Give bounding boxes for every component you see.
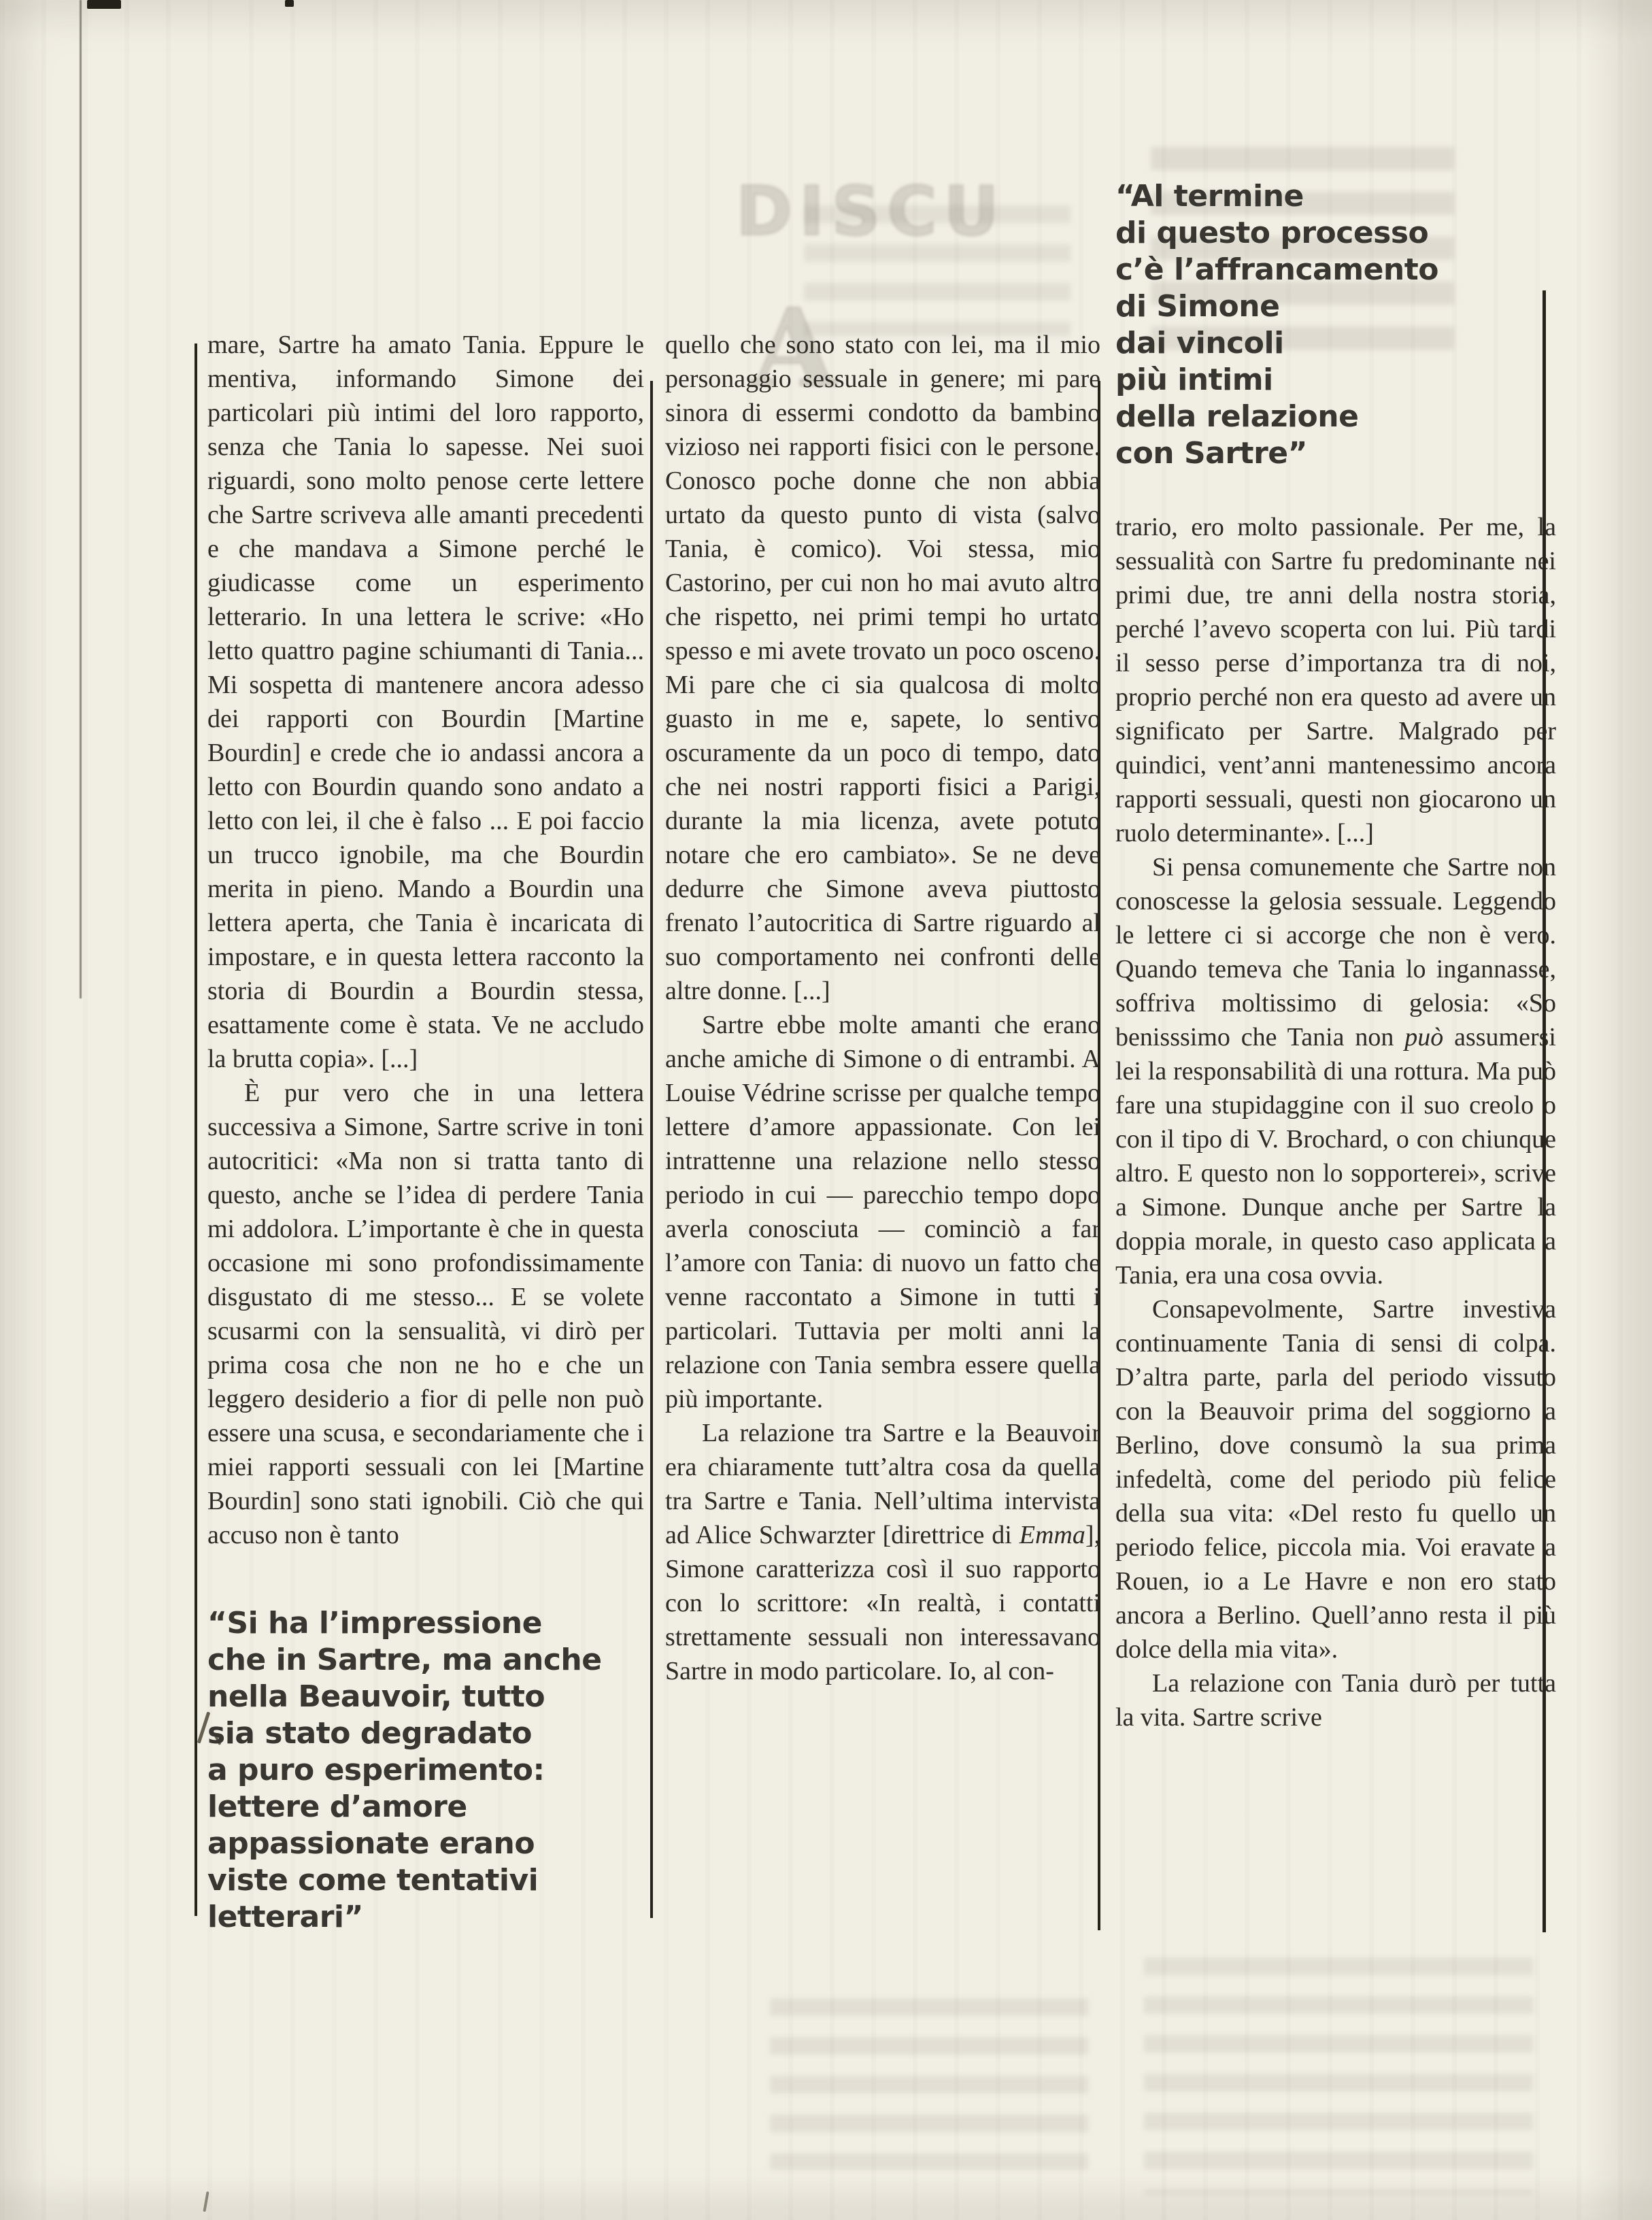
- column-2-text: quello che sono stato con lei, ma il mio…: [665, 328, 1100, 1688]
- quote-line: “Al termine: [1115, 178, 1556, 215]
- quote-line: a puro esperimento:: [207, 1752, 644, 1789]
- article-column-3: “Al terminedi questo processoc’è l’affra…: [1115, 178, 1556, 1734]
- column-1-text: mare, Sartre ha amato Tania. Eppure le m…: [207, 328, 644, 1552]
- paragraph: È pur vero che in una lettera successiva…: [207, 1076, 644, 1552]
- paragraph: quello che sono stato con lei, ma il mio…: [665, 328, 1100, 1008]
- paragraph: trario, ero molto passionale. Per me, la…: [1115, 510, 1556, 850]
- quote-line: “Si ha l’impressione: [207, 1605, 644, 1642]
- quote-line: più intimi: [1115, 362, 1556, 399]
- quote-line: di Simone: [1115, 288, 1556, 325]
- quote-line: dai vincoli: [1115, 325, 1556, 362]
- quote-line: nella Beauvoir, tutto: [207, 1679, 644, 1715]
- ghost-text-block: [1144, 1957, 1533, 2194]
- paragraph: Sartre ebbe molte amanti che erano anche…: [665, 1008, 1100, 1416]
- paragraph: La relazione con Tania durò per tutta la…: [1115, 1666, 1556, 1734]
- column-rule-1-2: [650, 381, 653, 1918]
- article-column-1: mare, Sartre ha amato Tania. Eppure le m…: [207, 328, 644, 1936]
- paragraph: Consapevolmente, Sartre investiva contin…: [1115, 1292, 1556, 1666]
- scan-edge-line: [80, 0, 82, 998]
- quote-line: viste come tentativi: [207, 1862, 644, 1899]
- column-rule-right: [1543, 290, 1546, 1932]
- quote-line: sia stato degradato: [207, 1715, 644, 1752]
- magazine-page: DISCU A mare, Sartre ha amato Tania. Epp…: [0, 0, 1652, 2220]
- quote-line: con Sartre”: [1115, 435, 1556, 472]
- quote-line: letterari”: [207, 1899, 644, 1936]
- article-column-2: quello che sono stato con lei, ma il mio…: [665, 328, 1100, 1688]
- scan-mark: [285, 0, 294, 7]
- pull-quote-top-right: “Al terminedi questo processoc’è l’affra…: [1115, 178, 1556, 472]
- pull-quote-bottom-left: “Si ha l’impressioneche in Sartre, ma an…: [207, 1605, 644, 1936]
- quote-line: lettere d’amore: [207, 1789, 644, 1826]
- quote-line: della relazione: [1115, 399, 1556, 435]
- ghost-text-block: [804, 205, 1071, 336]
- quote-line: di questo processo: [1115, 215, 1556, 252]
- quote-line: appassionate erano: [207, 1826, 644, 1862]
- paragraph: Si pensa comunemente che Sartre non cono…: [1115, 850, 1556, 1292]
- handwritten-mark: [203, 2191, 209, 2212]
- column-rule-2-3: [1098, 381, 1100, 1930]
- quote-line: c’è l’affrancamento: [1115, 252, 1556, 288]
- quote-line: che in Sartre, ma anche: [207, 1642, 644, 1679]
- paragraph: La relazione tra Sartre e la Beauvoir er…: [665, 1416, 1100, 1688]
- ghost-text-block: [770, 1998, 1088, 2170]
- column-3-text: trario, ero molto passionale. Per me, la…: [1115, 510, 1556, 1734]
- column-rule-left: [195, 343, 197, 1916]
- scan-mark: [87, 0, 121, 9]
- paragraph: mare, Sartre ha amato Tania. Eppure le m…: [207, 328, 644, 1076]
